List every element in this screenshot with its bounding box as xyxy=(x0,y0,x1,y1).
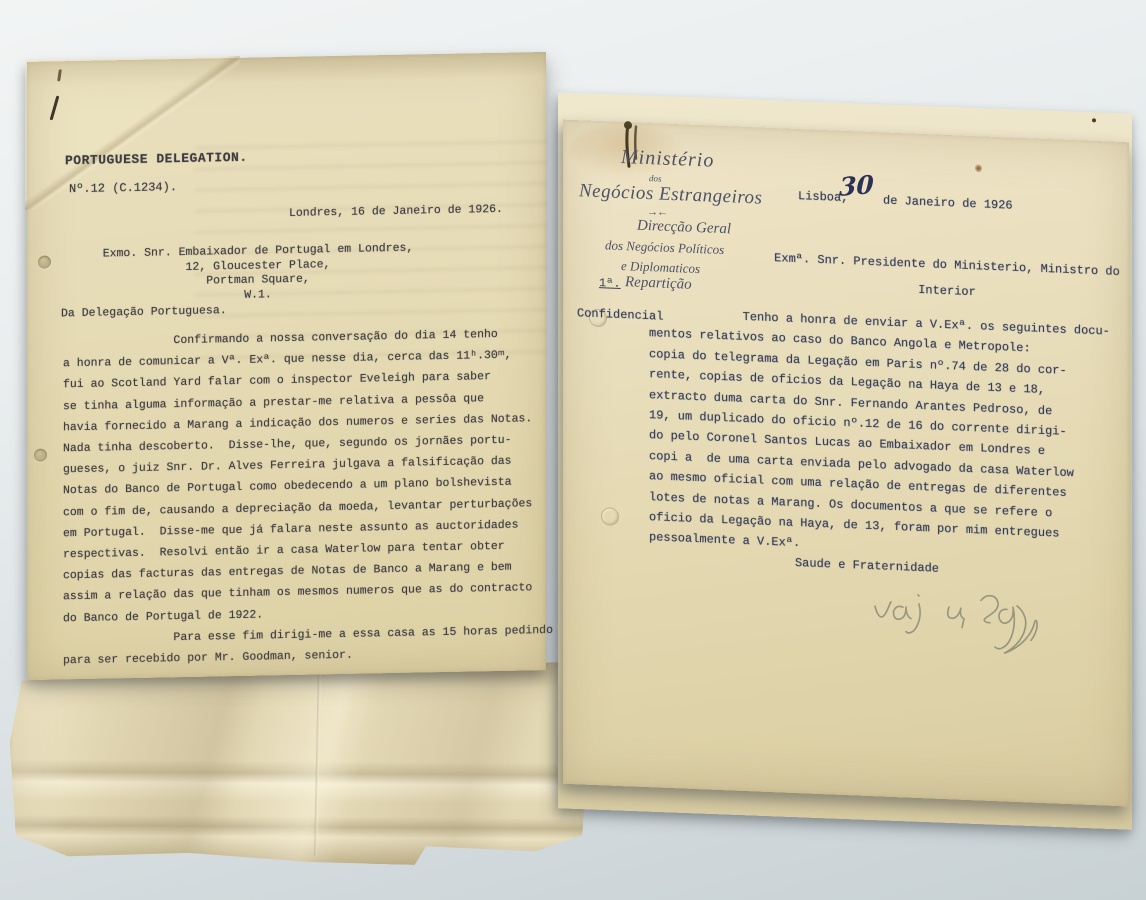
recipient-address: Exmo. Snr. Embaixador de Portugal em Lon… xyxy=(67,241,449,306)
handwritten-day: 30 xyxy=(839,170,875,202)
dateline-rest: de Janeiro de 1926 xyxy=(883,193,1013,212)
reference-number: Nº.12 (C.1234). xyxy=(69,180,177,196)
letterhead-directorate: Direcção Geral xyxy=(637,218,731,239)
staple-mark xyxy=(50,95,60,120)
paper-crease xyxy=(314,666,321,856)
from-line: Da Delegação Portuguesa. xyxy=(61,304,227,320)
paper-vignette xyxy=(10,656,588,866)
letterhead-department-name: Repartição xyxy=(625,274,692,294)
letterhead-ministry-2: Negócios Estrangeiros xyxy=(579,180,762,209)
paper-speck xyxy=(1092,118,1096,122)
letter-body: Tenho a honra de enviar a V.Exª. os segu… xyxy=(649,303,1085,565)
punch-hole xyxy=(601,507,619,526)
addressee-heading: Exmª. Snr. Presidente do Ministerio, Min… xyxy=(753,244,1141,312)
sender-heading: PORTUGUESE DELEGATION. xyxy=(65,150,248,169)
dateline: Londres, 16 de Janeiro de 1926. xyxy=(289,203,503,220)
letterhead-ministry: Ministério xyxy=(621,146,714,173)
punch-hole xyxy=(38,256,51,269)
crumpled-blank-paper xyxy=(10,656,588,866)
rust-spot xyxy=(975,164,982,172)
right-letter-page: Ministério dos Negócios Estrangeiros →← … xyxy=(563,120,1129,807)
letterhead-divider-ornament: →← xyxy=(647,206,667,219)
pin-mark xyxy=(57,69,62,81)
pencil-signature xyxy=(861,576,1045,671)
letterhead-department-number: 1ª. xyxy=(599,276,621,291)
photo-of-documents: PORTUGUESE DELEGATION. Nº.12 (C.1234). L… xyxy=(0,0,1146,900)
left-letter-page: PORTUGUESE DELEGATION. Nº.12 (C.1234). L… xyxy=(27,52,546,680)
letter-body: Confirmando a nossa conversação do dia 1… xyxy=(63,323,539,671)
punch-hole xyxy=(34,449,47,462)
letterhead-directorate-2: dos Negócios Políticos xyxy=(605,237,724,258)
letterhead-dos: dos xyxy=(649,173,662,184)
